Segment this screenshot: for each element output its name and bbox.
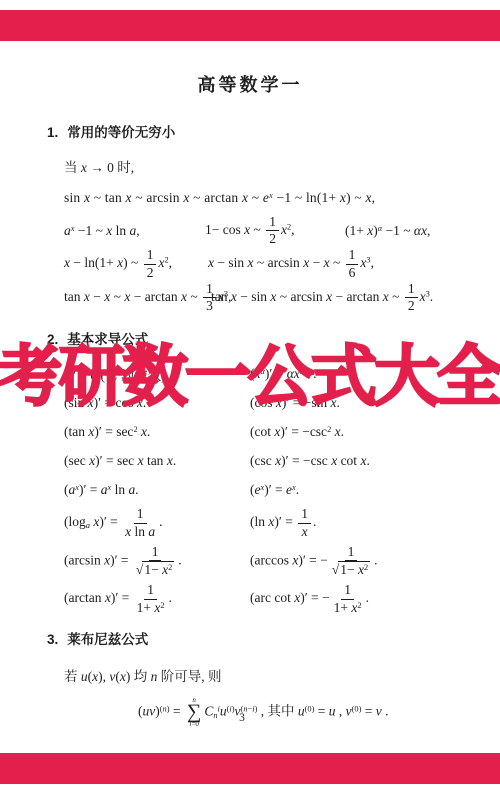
derivative-row: (sin x)′ = cos x. (cos x)′ = −sin x.: [64, 388, 500, 417]
derivative-left: (sin x)′ = cos x.: [64, 395, 250, 411]
section-1-heading: 1. 常用的等价无穷小: [47, 121, 500, 141]
formula-cell: tan x − sin x ~ arcsin x − arctan x ~ 12…: [211, 281, 500, 314]
section-3-number: 3.: [47, 632, 58, 647]
derivative-right: (cos x)′ = −sin x.: [250, 395, 500, 411]
section-1-title: 常用的等价无穷小: [67, 121, 175, 141]
section-2-heading: 2. 基本求导公式: [47, 328, 500, 348]
equivalence-line-1: sin x ~ tan x ~ arcsin x ~ arctan x ~ ex…: [64, 190, 500, 206]
derivative-left: (arcsin x)′ = 1√1− x2.: [64, 544, 250, 578]
formula-cell: (1+ x)α −1 ~ αx,: [345, 223, 500, 239]
section-2-title: 基本求导公式: [67, 328, 148, 348]
derivative-right: (cot x)′ = −csc2 x.: [250, 424, 500, 440]
derivative-right: (ln x)′ = 1x.: [250, 506, 500, 539]
derivative-left: (tan x)′ = sec2 x.: [64, 424, 250, 440]
derivative-table: C′ = 0 ( C 为常数). (xα)′ = αxα−1. (sin x)′…: [64, 359, 500, 618]
equivalence-row-4: tan x − x ~ x − arctan x ~ 13x3, tan x −…: [64, 281, 500, 314]
derivative-right: (ex)′ = ex.: [250, 482, 500, 498]
formula-cell: x − sin x ~ arcsin x − x ~ 16x3,: [208, 247, 500, 280]
derivative-right: (arccos x)′ = −1√1− x2.: [250, 544, 500, 578]
section-3-heading: 3. 莱布尼兹公式: [47, 628, 500, 648]
derivative-row: (sec x)′ = sec x tan x. (csc x)′ = −csc …: [64, 446, 500, 475]
derivative-row: (tan x)′ = sec2 x. (cot x)′ = −csc2 x.: [64, 417, 500, 446]
derivative-left: (arctan x)′ = 11+ x2.: [64, 582, 250, 615]
derivative-row: (arcsin x)′ = 1√1− x2. (arccos x)′ = −1√…: [64, 542, 500, 580]
formula-cell: ax −1 ~ x ln a,: [64, 223, 205, 239]
equivalence-condition: 当 x → 0 时,: [64, 156, 500, 176]
derivative-row: C′ = 0 ( C 为常数). (xα)′ = αxα−1.: [64, 359, 500, 388]
section-3-title: 莱布尼兹公式: [67, 628, 148, 648]
page-number: 3: [0, 712, 484, 724]
section-2-number: 2.: [47, 332, 58, 347]
formula-cell: 1− cos x ~ 12x2,: [205, 214, 345, 247]
derivative-right: (xα)′ = αxα−1.: [250, 366, 500, 382]
formula-cell: x − ln(1+ x) ~ 12x2,: [64, 247, 208, 280]
derivative-left: (sec x)′ = sec x tan x.: [64, 453, 250, 469]
document-page: 高等数学一 1. 常用的等价无穷小 当 x → 0 时, sin x ~ tan…: [0, 0, 500, 794]
derivative-left: (loga x)′ = 1x ln a.: [64, 506, 250, 539]
derivative-row: (ax)′ = ax ln a. (ex)′ = ex.: [64, 475, 500, 504]
section-1-number: 1.: [47, 125, 58, 140]
equivalence-row-3: x − ln(1+ x) ~ 12x2, x − sin x ~ arcsin …: [64, 247, 500, 280]
derivative-right: (csc x)′ = −csc x cot x.: [250, 453, 500, 469]
leibniz-intro: 若 u(x), v(x) 均 n 阶可导, 则: [64, 665, 500, 685]
top-red-banner: [0, 10, 500, 41]
derivative-row: (arctan x)′ = 11+ x2. (arc cot x)′ = −11…: [64, 580, 500, 618]
derivative-left: C′ = 0 ( C 为常数).: [64, 364, 250, 384]
derivative-left: (ax)′ = ax ln a.: [64, 482, 250, 498]
formula-cell: tan x − x ~ x − arctan x ~ 13x3,: [64, 281, 211, 314]
derivative-right: (arc cot x)′ = −11+ x2.: [250, 582, 500, 615]
derivative-row: (loga x)′ = 1x ln a. (ln x)′ = 1x.: [64, 504, 500, 542]
equivalence-row-2: ax −1 ~ x ln a, 1− cos x ~ 12x2, (1+ x)α…: [64, 214, 500, 247]
bottom-red-banner: [0, 753, 500, 784]
